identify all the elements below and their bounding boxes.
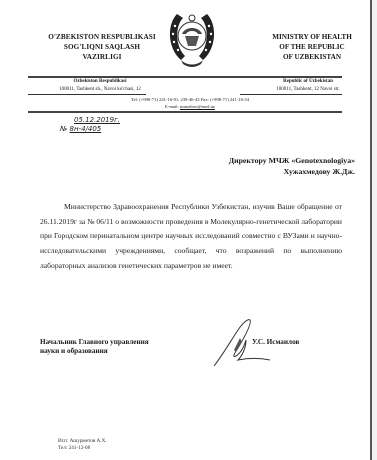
letterhead-right-line3: OF UZBEKISTAN xyxy=(252,52,372,62)
letterhead-right-line1: MINISTRY OF HEALTH xyxy=(252,32,372,42)
address-rule-left xyxy=(28,94,146,95)
reference-date: 05.12.2019г. xyxy=(74,116,120,124)
letterhead-right-title: MINISTRY OF HEALTH OF THE REPUBLIC OF UZ… xyxy=(252,32,372,62)
signatory-title-line1: Начальник Главного управления xyxy=(40,338,149,347)
uzbekistan-state-emblem-icon xyxy=(163,4,221,70)
letterhead-rule-bottom xyxy=(28,111,342,113)
letterhead-left-line3: VAZIRLIGI xyxy=(42,52,162,62)
addressee-line1: Директору МЧЖ «Genotexnologiya» xyxy=(160,155,355,166)
number-sign: № xyxy=(60,125,67,133)
contact-info: Tel: (+998-71) 241-16-91, 239-46-43 Fax:… xyxy=(100,96,280,110)
signatory-title-line2: науки и образования xyxy=(40,347,149,356)
executor-info: Исп: Ашурметов А.Х. Тел: 241-12-08 xyxy=(58,438,107,452)
signatory-name: У.С. Исмаилов xyxy=(252,338,299,346)
email-label: E-mail: xyxy=(165,104,179,109)
address-left-street: 100011, Tashkent sh., Navoi ko'chasi, 12 xyxy=(40,86,160,94)
letterhead-left-line2: SOG'LIQNI SAQLASH xyxy=(42,42,162,52)
signatory-title: Начальник Главного управления науки и об… xyxy=(40,338,149,356)
address-right-street: 100011, Tashkent, 12 Navoi str. xyxy=(248,86,368,94)
address-rule-right xyxy=(240,94,342,95)
address-left-country: Ozbekiston Respublikasi xyxy=(40,78,160,86)
addressee-line2: Хужахмедову Ж.Дж. xyxy=(160,166,355,177)
executor-name: Исп: Ашурметов А.Х. xyxy=(58,438,107,445)
email-link[interactable]: minzdrav@med.uz xyxy=(180,104,215,109)
reference-number: 8н-4/405 xyxy=(70,125,102,133)
letter-body: Министерство Здравоохранения Республики … xyxy=(40,200,342,274)
address-right-country: Republic of Uzbekistan xyxy=(248,78,368,86)
letterhead-left-line1: O'ZBEKISTON RESPUBLIKASI xyxy=(42,32,162,42)
phone-fax: Tel: (+998-71) 241-16-91, 239-46-43 Fax:… xyxy=(100,96,280,103)
address-left: Ozbekiston Respublikasi 100011, Tashkent… xyxy=(40,78,160,94)
page-margin xyxy=(372,0,377,460)
letterhead-right-line2: OF THE REPUBLIC xyxy=(252,42,372,52)
letterhead-left-title: O'ZBEKISTON RESPUBLIKASI SOG'LIQNI SAQLA… xyxy=(42,32,162,62)
executor-phone: Тел: 241-12-08 xyxy=(58,445,107,452)
address-right: Republic of Uzbekistan 100011, Tashkent,… xyxy=(248,78,368,94)
addressee-block: Директору МЧЖ «Genotexnologiya» Хужахмед… xyxy=(160,155,355,177)
